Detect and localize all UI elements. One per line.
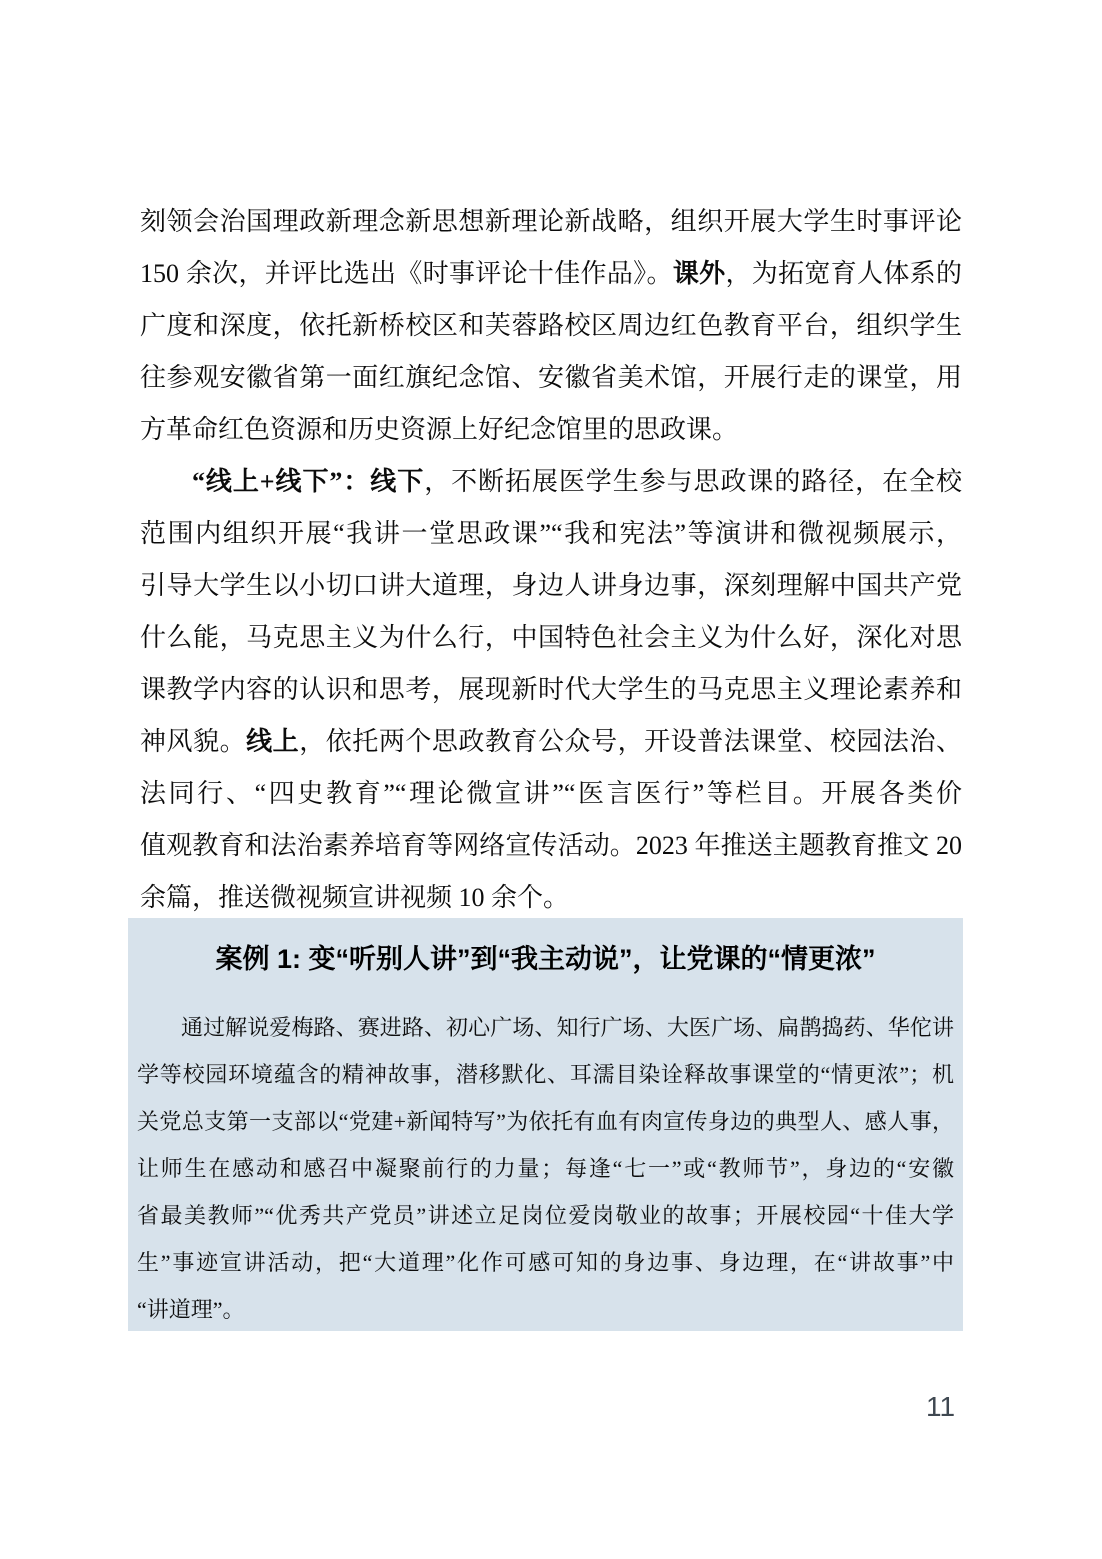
text-run: 通过解说爱梅路、赛进路、初心广场、知行广场、大医广场、扁鹊捣药、华佗讲 [181,1015,954,1040]
text-run: 往参观安徽省第一面红旗纪念馆、安徽省美术馆，开展行走的课堂，用地 [140,363,962,404]
text-run: 刻领会治国理政新理念新思想新理论新战略，组织开展大学生时事评论 [140,207,962,236]
text-line: 通过解说爱梅路、赛进路、初心广场、知行广场、大医广场、扁鹊捣药、华佗讲 [137,1004,954,1051]
text-line: 让师生在感动和感召中凝聚前行的力量；每逢“七一”或“教师节”，身边的“安徽 [137,1145,954,1192]
case-study-title: 案例 1: 变“听别人讲”到“我主动说”，让党课的“情更浓” [128,940,963,978]
text-line: 课教学内容的认识和思考，展现新时代大学生的马克思主义理论素养和精 [140,664,962,716]
text-run: 让师生在感动和感召中凝聚前行的力量；每逢“七一”或“教师节”，身边的“安徽 [137,1156,954,1181]
text-run: 范围内组织开展“我讲一堂思政课”“我和宪法”等演讲和微视频展示， [140,519,962,548]
text-line: “讲道理”。 [137,1286,954,1331]
case-box-body: 通过解说爱梅路、赛进路、初心广场、知行广场、大医广场、扁鹊捣药、华佗讲学等校园环… [137,1004,954,1331]
text-line: 值观教育和法治素养培育等网络宣传活动。2023 年推送主题教育推文 20 [140,820,962,872]
text-line: 范围内组织开展“我讲一堂思政课”“我和宪法”等演讲和微视频展示， [140,508,962,560]
text-run: 余篇，推送微视频宣讲视频 10 余个。 [140,883,569,912]
page-number: 11 [926,1392,955,1422]
text-line: 引导大学生以小切口讲大道理，身边人讲身边事，深刻理解中国共产党为 [140,560,962,612]
case-study-box: 案例 1: 变“听别人讲”到“我主动说”，让党课的“情更浓” 通过解说爱梅路、赛… [128,918,963,1331]
text-run: 方革命红色资源和历史资源上好纪念馆里的思政课。 [140,415,738,444]
text-line: 神风貌。线上，依托两个思政教育公众号，开设普法课堂、校园法治、与 [140,716,962,768]
text-run: “讲道理”。 [137,1297,245,1322]
text-line: 关党总支第一支部以“党建+新闻特写”为依托有血有肉宣传身边的典型人、感人事， [137,1098,954,1145]
text-line: 往参观安徽省第一面红旗纪念馆、安徽省美术馆，开展行走的课堂，用地 [140,352,962,404]
text-line: 省最美教师”“优秀共产党员”讲述立足岗位爱岗敬业的故事；开展校园“十佳大学 [137,1192,954,1239]
text-line: 余篇，推送微视频宣讲视频 10 余个。 [140,872,962,924]
bold-text-run: “线上+线下”：线下 [192,467,424,496]
text-line: 学等校园环境蕴含的精神故事，潜移默化、耳濡目染诠释故事课堂的“情更浓”；机 [137,1051,954,1098]
text-run: 引导大学生以小切口讲大道理，身边人讲身边事，深刻理解中国共产党为 [140,571,962,612]
text-run: 法同行、“四史教育”“理论微宣讲”“医言医行”等栏目。开展各类价 [140,779,962,808]
text-run: 广度和深度，依托新桥校区和芙蓉路校区周边红色教育平台，组织学生前 [140,311,962,352]
text-line: 150 余次，并评比选出《时事评论十佳作品》。课外，为拓宽育人体系的 [140,248,962,300]
text-run: 神风貌。 [140,727,246,756]
text-run: 关党总支第一支部以“党建+新闻特写”为依托有血有肉宣传身边的典型人、感人事， [137,1109,954,1134]
text-run: 省最美教师”“优秀共产党员”讲述立足岗位爱岗敬业的故事；开展校园“十佳大学 [137,1203,954,1228]
text-run: 什么能，马克思主义为什么行，中国特色社会主义为什么好，深化对思政 [140,623,962,664]
text-run: 150 余次，并评比选出《时事评论十佳作品》。 [140,259,673,288]
text-line: “线上+线下”：线下，不断拓展医学生参与思政课的路径，在全校 [140,456,962,508]
bold-text-run: 线上 [246,727,299,756]
text-line: 什么能，马克思主义为什么行，中国特色社会主义为什么好，深化对思政 [140,612,962,664]
document-page: 刻领会治国理政新理念新思想新理论新战略，组织开展大学生时事评论150 余次，并评… [0,0,1102,1559]
text-run: ，不断拓展医学生参与思政课的路径，在全校 [424,467,962,496]
bold-text-run: 课外 [673,259,726,288]
text-line: 法同行、“四史教育”“理论微宣讲”“医言医行”等栏目。开展各类价 [140,768,962,820]
text-line: 刻领会治国理政新理念新思想新理论新战略，组织开展大学生时事评论 [140,196,962,248]
text-run: 生”事迹宣讲活动，把“大道理”化作可感可知的身边事、身边理，在“讲故事”中 [137,1250,954,1275]
text-line: 生”事迹宣讲活动，把“大道理”化作可感可知的身边事、身边理，在“讲故事”中 [137,1239,954,1286]
body-text: 刻领会治国理政新理念新思想新理论新战略，组织开展大学生时事评论150 余次，并评… [140,196,962,924]
text-run: 课教学内容的认识和思考，展现新时代大学生的马克思主义理论素养和精 [140,675,962,716]
text-run: 学等校园环境蕴含的精神故事，潜移默化、耳濡目染诠释故事课堂的“情更浓”；机 [137,1062,954,1087]
text-line: 广度和深度，依托新桥校区和芙蓉路校区周边红色教育平台，组织学生前 [140,300,962,352]
text-run: ，为拓宽育人体系的 [725,259,962,288]
text-run: 值观教育和法治素养培育等网络宣传活动。2023 年推送主题教育推文 20 [140,831,962,860]
text-line: 方革命红色资源和历史资源上好纪念馆里的思政课。 [140,404,962,456]
